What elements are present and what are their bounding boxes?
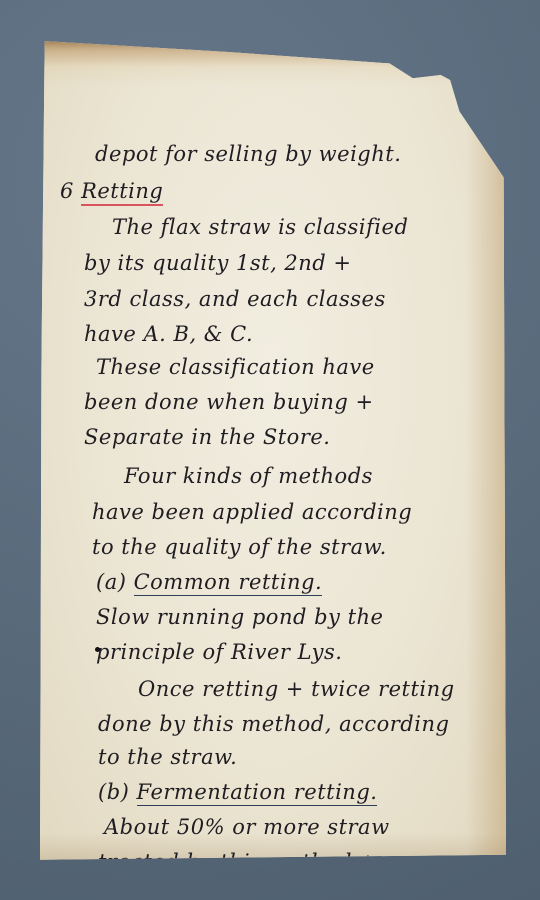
text-line: These classification have [96,355,375,379]
text-line: to the straw. [98,745,237,769]
text-line: Slow running pond by the [96,605,383,629]
text-line: done by this method, according [98,712,449,736]
burned-top-edge [40,37,506,87]
text-line: been done when buying + [84,390,374,414]
stained-right-edge [466,37,506,863]
manuscript-page: depot for selling by weight. 6 Retting T… [40,37,506,863]
ink-blot [95,647,100,652]
subheading-title: Common retting. [134,570,323,596]
text-line: Separate in the Store. [84,425,330,449]
text-line: have been applied according [92,500,412,524]
text-line: The flax straw is classified [112,215,408,239]
subheading-marker: (a) [96,570,126,594]
text-line: treated by this method + [98,850,377,874]
section-heading: 6 Retting [60,179,163,203]
text-line: to the quality of the straw. [92,535,387,559]
subheading-title: Fermentation retting. [137,780,378,806]
subheading-b: (b) Fermentation retting. [98,780,377,804]
text-line: Once retting + twice retting [138,677,455,701]
text-line: depot for selling by weight. [95,142,401,166]
subheading-marker: (b) [98,780,129,804]
text-line: 3rd class, and each classes [84,287,386,311]
section-number: 6 [60,179,74,203]
text-line: Four kinds of methods [124,464,373,488]
section-title: Retting [81,179,163,206]
text-line: by its quality 1st, 2nd + [84,251,352,275]
text-line: principle of River Lys. [96,640,342,664]
subheading-a: (a) Common retting. [96,570,322,594]
text-line: About 50% or more straw [104,815,390,839]
text-line: have A. B, & C. [84,322,253,346]
